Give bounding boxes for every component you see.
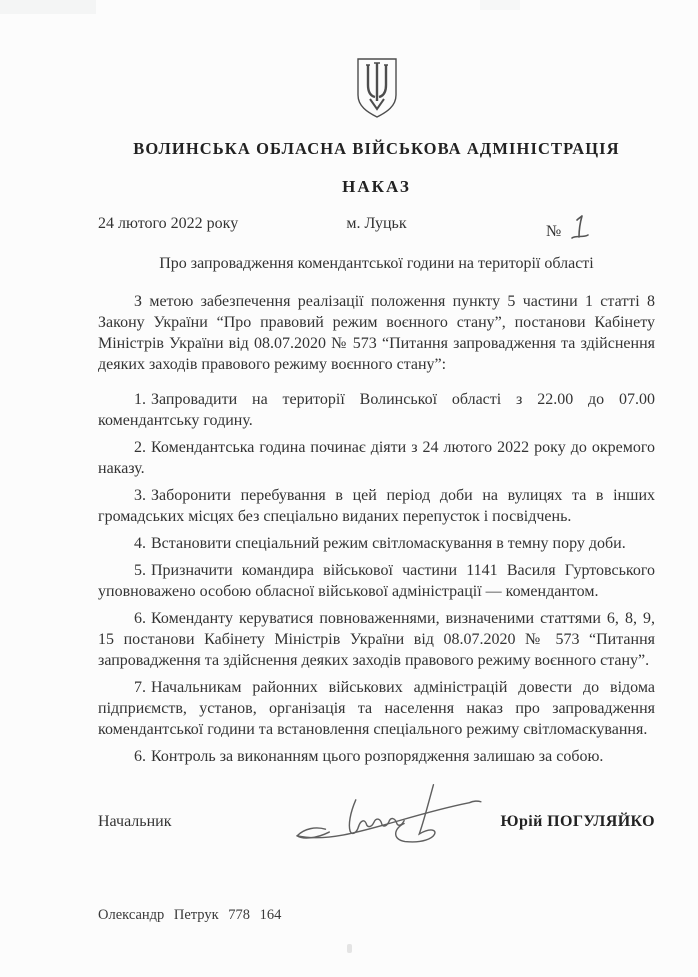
- item-number: 5.: [134, 562, 146, 579]
- emblem-container: [98, 56, 655, 125]
- order-item: 6.Коменданту керуватися повноваженнями, …: [98, 608, 655, 671]
- handwritten-signature-icon: [288, 779, 488, 869]
- item-number: 3.: [134, 487, 146, 504]
- item-text: Встановити спеціальний режим світломаску…: [151, 535, 626, 552]
- item-number: 4.: [134, 535, 146, 552]
- order-item: 1.Запровадити на території Волинської об…: [98, 389, 655, 431]
- document-number: №: [546, 213, 593, 243]
- item-text: Комендантська година починає діяти з 24 …: [98, 439, 655, 477]
- preamble-text: З метою забезпечення реалізації положенн…: [98, 293, 655, 373]
- order-item: 4.Встановити спеціальний режим світломас…: [98, 533, 655, 554]
- ukraine-trident-emblem-icon: [353, 56, 401, 120]
- item-number: 1.: [134, 391, 146, 408]
- order-item: 6.Контроль за виконанням цього розпорядж…: [98, 746, 655, 767]
- order-item: 7.Начальникам районних військових адміні…: [98, 677, 655, 740]
- order-item: 3.Заборонити перебування в цей період до…: [98, 485, 655, 527]
- document-body: З метою забезпечення реалізації положенн…: [98, 291, 655, 767]
- item-text: Заборонити перебування в цей період доби…: [98, 487, 655, 525]
- scan-speck-artifact: [347, 944, 352, 953]
- item-text: Запровадити на території Волинської обла…: [98, 391, 655, 429]
- document-subject: Про запровадження комендантської години …: [98, 255, 655, 273]
- signer-name: Юрій ПОГУЛЯЙКО: [501, 813, 655, 831]
- document-type-heading: НАКАЗ: [98, 177, 655, 197]
- order-item: 2.Комендантська година починає діяти з 2…: [98, 437, 655, 479]
- order-item: 5.Призначити командира військової частин…: [98, 560, 655, 602]
- document-date: 24 лютого 2022 року: [98, 215, 238, 233]
- item-text: Контроль за виконанням цього розпоряджен…: [151, 748, 603, 765]
- document-content: ВОЛИНСЬКА ОБЛАСНА ВІЙСЬКОВА АДМІНІСТРАЦІ…: [0, 0, 698, 924]
- item-text: Коменданту керуватися повноваженнями, ви…: [98, 610, 655, 669]
- organization-title: ВОЛИНСЬКА ОБЛАСНА ВІЙСЬКОВА АДМІНІСТРАЦІ…: [98, 139, 655, 159]
- document-city: м. Луцьк: [346, 215, 406, 233]
- item-text: Призначити командира військової частини …: [98, 562, 655, 600]
- signature-block: Начальник Юрій ПОГУЛЯЙКО: [98, 783, 655, 867]
- item-number: 6.: [134, 748, 146, 765]
- handwritten-number-icon: [567, 213, 593, 243]
- item-text: Начальникам районних військових адмініст…: [98, 679, 655, 738]
- number-sign: №: [546, 223, 561, 240]
- executor-contact: Олександр Петрук 778 164: [98, 907, 655, 924]
- document-page: ВОЛИНСЬКА ОБЛАСНА ВІЙСЬКОВА АДМІНІСТРАЦІ…: [0, 0, 698, 977]
- preamble-paragraph: З метою забезпечення реалізації положенн…: [98, 291, 655, 375]
- signer-position: Начальник: [98, 813, 171, 831]
- item-number: 6.: [134, 610, 146, 627]
- item-number: 7.: [134, 679, 146, 696]
- document-meta-row: 24 лютого 2022 року м. Луцьк №: [98, 209, 655, 241]
- item-number: 2.: [134, 439, 146, 456]
